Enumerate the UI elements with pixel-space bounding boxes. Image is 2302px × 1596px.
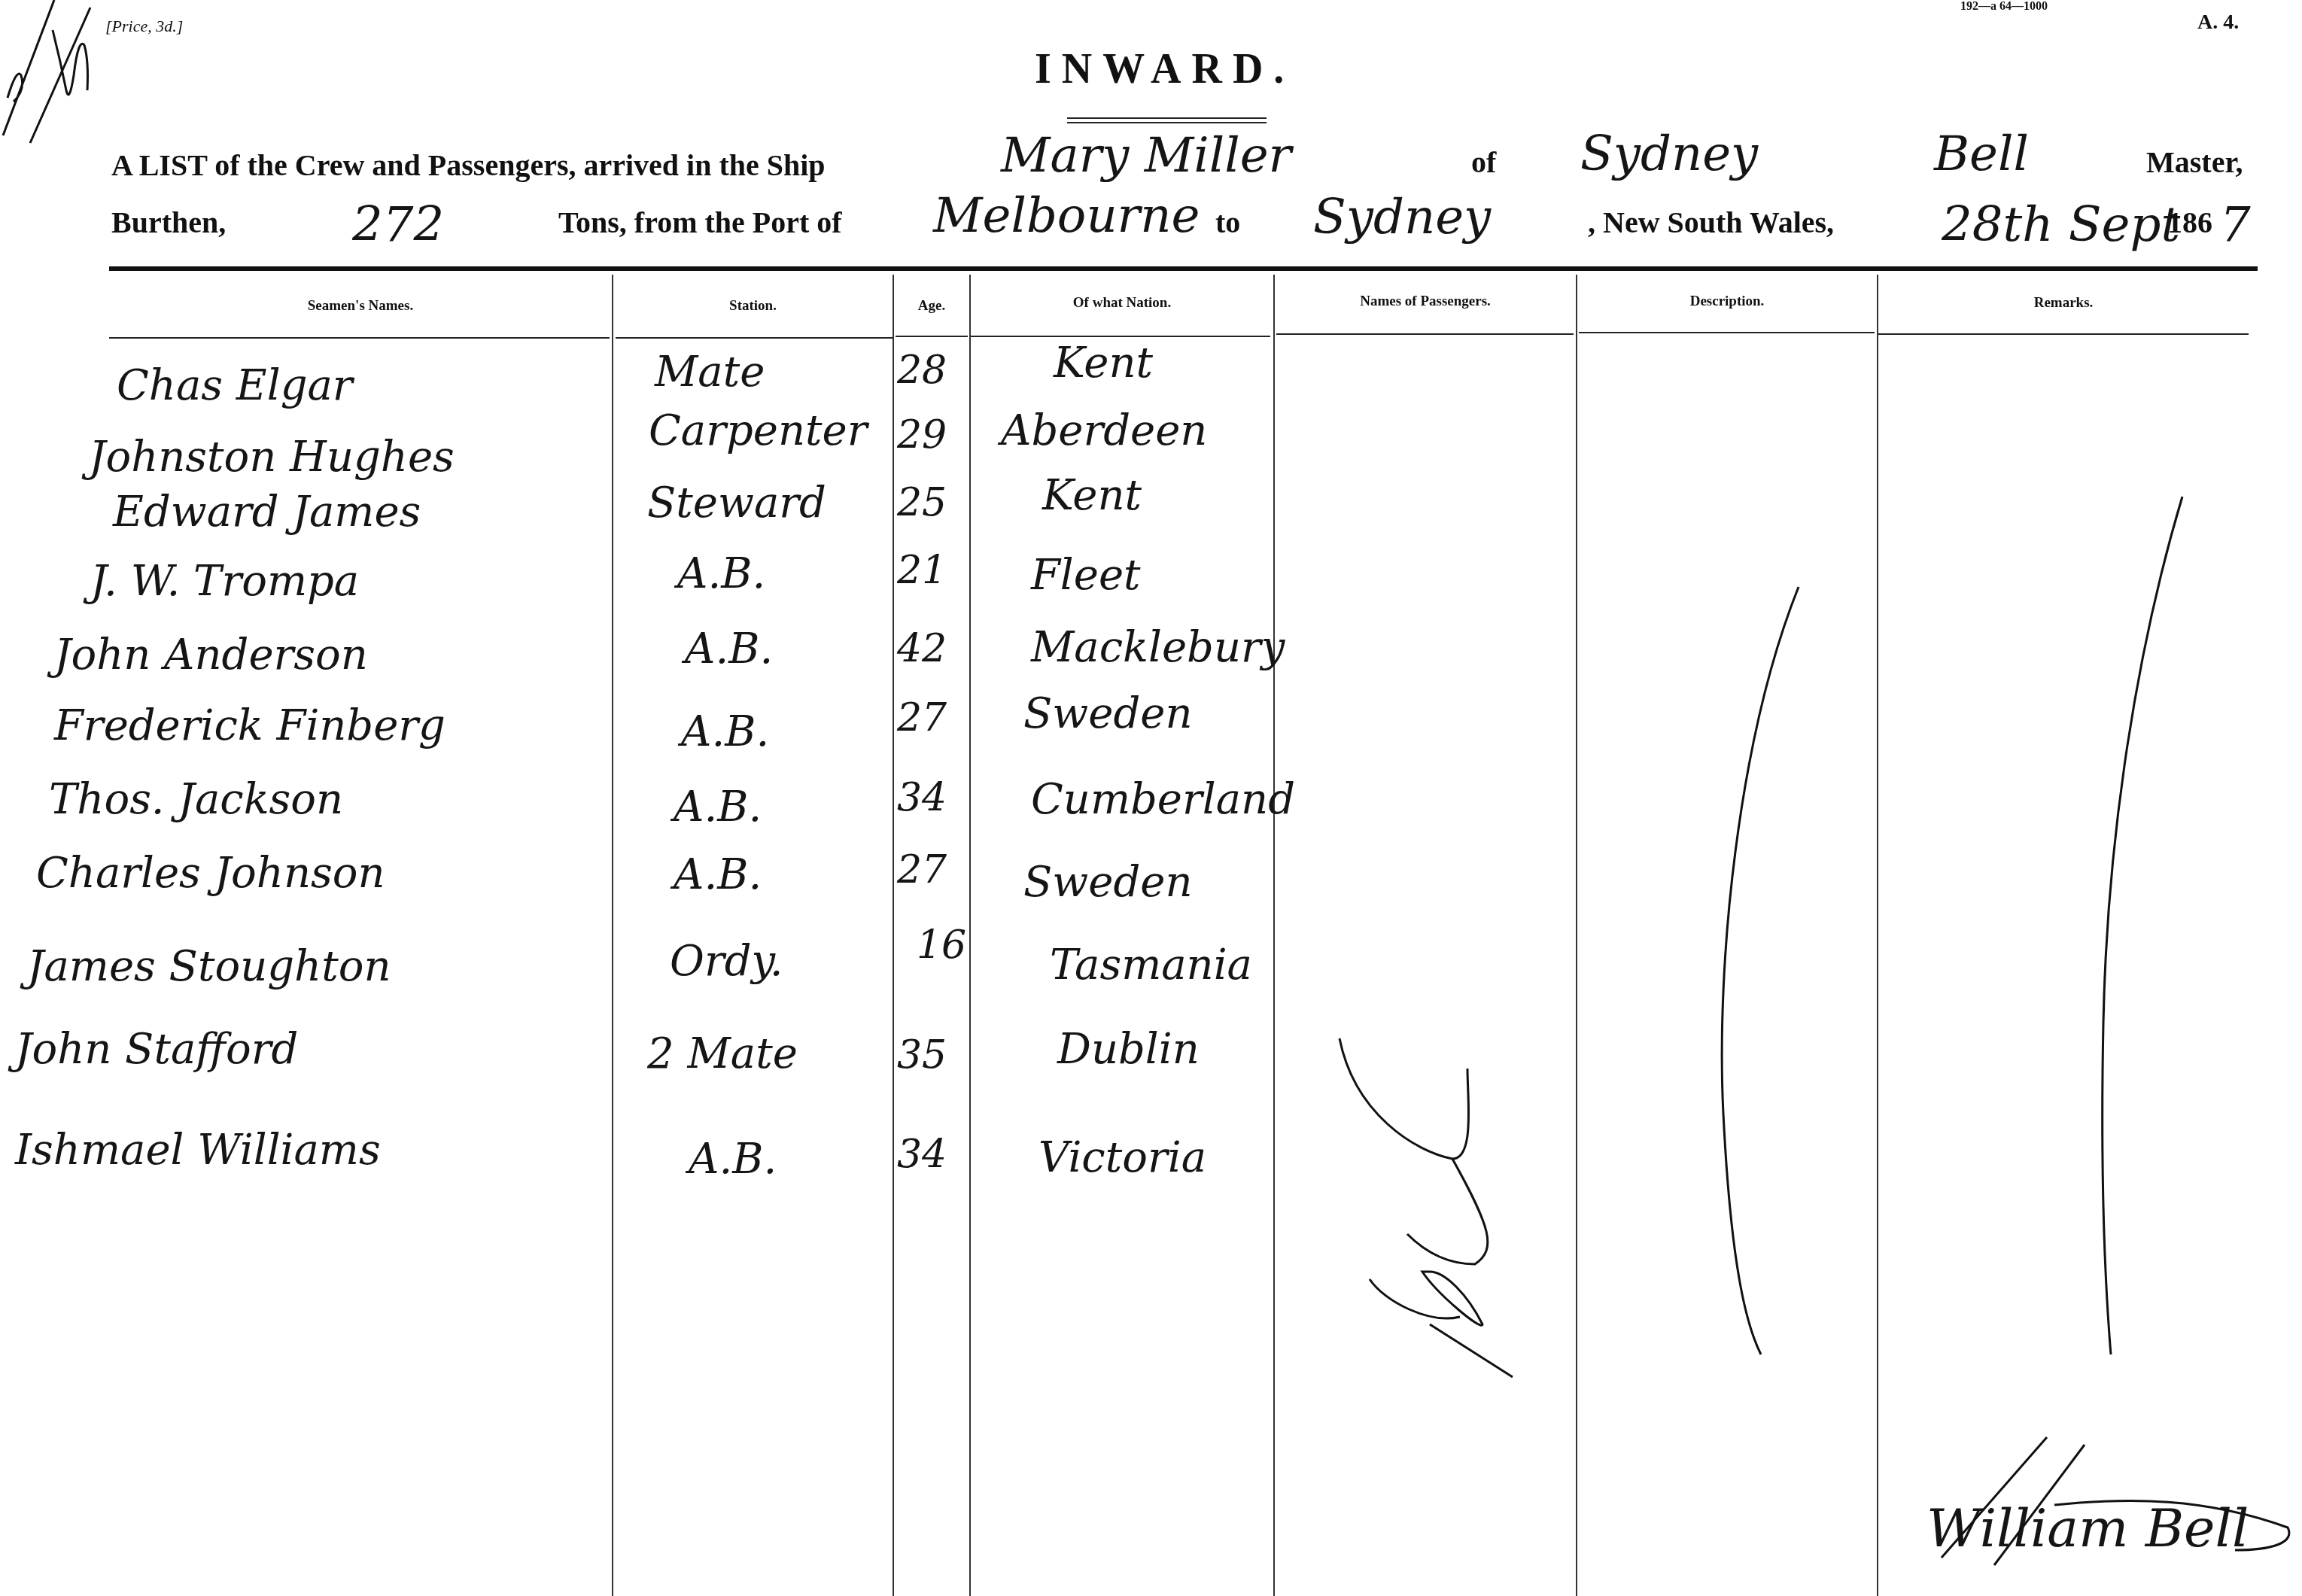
crew-name: Edward James bbox=[113, 488, 421, 537]
crew-nation: Aberdeen bbox=[1001, 406, 1207, 455]
crew-nation: Macklebury bbox=[1031, 623, 1285, 672]
header-top-rule bbox=[109, 266, 2258, 271]
crew-nation: Sweden bbox=[1023, 689, 1193, 738]
description-null-stroke bbox=[1708, 587, 1799, 1377]
column-header-nation: Of what Nation. bbox=[971, 295, 1273, 312]
crew-station: A.B. bbox=[677, 549, 765, 598]
crew-name: Ishmael Williams bbox=[15, 1126, 381, 1175]
header-bottom-rule bbox=[109, 337, 610, 339]
crew-nation: Fleet bbox=[1031, 551, 1141, 600]
to-port-value: Sydney bbox=[1313, 190, 1491, 245]
year-written: 7 bbox=[2220, 197, 2251, 253]
crew-age: 35 bbox=[897, 1032, 947, 1078]
crew-name: Charles Johnson bbox=[36, 849, 385, 898]
passengers-null-mark bbox=[1324, 1023, 1520, 1385]
form-number: 192—a 64—1000 bbox=[1960, 0, 2048, 14]
column-header-age: Age. bbox=[894, 298, 969, 315]
crew-nation: Cumberland bbox=[1031, 775, 1295, 824]
column-header-description: Description. bbox=[1577, 293, 1877, 310]
crew-name: John Stafford bbox=[15, 1025, 298, 1074]
crew-name: Thos. Jackson bbox=[49, 775, 343, 824]
column-divider bbox=[1877, 275, 1878, 1596]
crew-age: 29 bbox=[897, 412, 947, 458]
crew-nation: Tasmania bbox=[1050, 941, 1252, 990]
master-label: Master, bbox=[2146, 144, 2243, 180]
crew-age: 27 bbox=[897, 695, 947, 740]
year-printed: 186 bbox=[2167, 205, 2212, 240]
margin-annotation-mark bbox=[0, 0, 151, 150]
column-header-remarks: Remarks. bbox=[1878, 295, 2249, 312]
header-bottom-rule bbox=[1276, 333, 1574, 335]
crew-name: J. W. Trompa bbox=[90, 557, 359, 606]
master-name-value: Bell bbox=[1934, 126, 2029, 182]
header-bottom-rule bbox=[971, 336, 1270, 337]
header-bottom-rule bbox=[1878, 333, 2249, 335]
crew-age: 28 bbox=[897, 348, 947, 393]
column-header-station: Station. bbox=[613, 298, 893, 315]
crew-station: Carpenter bbox=[649, 406, 867, 455]
from-port-label: Tons, from the Port of bbox=[558, 205, 842, 240]
crew-nation: Dublin bbox=[1057, 1025, 1200, 1074]
crew-station: A.B. bbox=[681, 707, 769, 756]
crew-name: John Anderson bbox=[54, 631, 368, 679]
crew-station: 2 Mate bbox=[647, 1029, 798, 1078]
to-label: to bbox=[1215, 205, 1240, 240]
remarks-null-stroke bbox=[2077, 497, 2182, 1362]
from-port-value: Melbourne bbox=[933, 188, 1200, 244]
ship-name-value: Mary Miller bbox=[1001, 128, 1291, 184]
crew-age: 16 bbox=[917, 923, 966, 968]
crew-name: Johnston Hughes bbox=[89, 433, 455, 482]
crew-name: Chas Elgar bbox=[117, 361, 353, 410]
column-divider bbox=[969, 275, 971, 1596]
column-divider bbox=[1576, 275, 1577, 1596]
crew-station: Mate bbox=[655, 348, 765, 397]
burthen-label: Burthen, bbox=[111, 205, 226, 240]
home-port-value: Sydney bbox=[1580, 126, 1758, 182]
crew-age: 34 bbox=[897, 775, 947, 820]
crew-nation: Victoria bbox=[1038, 1133, 1206, 1182]
crew-age: 27 bbox=[897, 847, 947, 892]
crew-station: Steward bbox=[647, 479, 826, 527]
crew-name: James Stoughton bbox=[27, 942, 391, 991]
crew-name: Frederick Finberg bbox=[54, 701, 445, 750]
form-code: A. 4. bbox=[2197, 11, 2239, 35]
of-label: of bbox=[1471, 144, 1496, 180]
crew-age: 21 bbox=[897, 548, 947, 593]
crew-station: A.B. bbox=[674, 783, 762, 831]
title-underline bbox=[1067, 117, 1267, 123]
crew-age: 34 bbox=[897, 1132, 947, 1177]
column-divider bbox=[612, 275, 613, 1596]
header-bottom-rule bbox=[1579, 332, 1875, 333]
column-divider bbox=[893, 275, 894, 1596]
column-divider bbox=[1273, 275, 1275, 1596]
header-bottom-rule bbox=[616, 337, 893, 339]
date-day-value: 28th Sept bbox=[1942, 197, 2180, 253]
page-title: INWARD. bbox=[1035, 45, 1294, 93]
header-bottom-rule bbox=[896, 336, 968, 337]
crew-age: 42 bbox=[897, 626, 947, 671]
crew-station: A.B. bbox=[674, 850, 762, 899]
crew-age: 25 bbox=[897, 480, 947, 525]
colony-label: , New South Wales, bbox=[1588, 205, 1834, 240]
list-prefix-label: A LIST of the Crew and Passengers, arriv… bbox=[111, 147, 826, 183]
column-header-seamens-names: Seamen's Names. bbox=[109, 298, 612, 315]
tons-value: 272 bbox=[352, 197, 444, 253]
crew-station: Ordy. bbox=[670, 937, 783, 986]
crew-nation: Kent bbox=[1042, 471, 1142, 520]
column-header-passengers: Names of Passengers. bbox=[1275, 293, 1576, 310]
signature-flourish bbox=[1904, 1430, 2295, 1580]
crew-station: A.B. bbox=[689, 1135, 777, 1184]
crew-nation: Sweden bbox=[1023, 858, 1193, 907]
crew-nation: Kent bbox=[1054, 339, 1153, 388]
crew-station: A.B. bbox=[685, 625, 773, 673]
